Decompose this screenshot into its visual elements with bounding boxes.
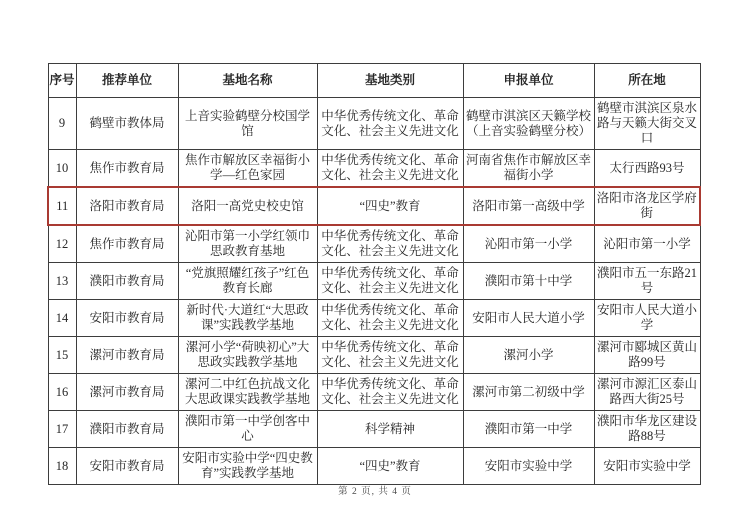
cell-location: 漯河市郾城区黄山路99号 (594, 337, 700, 374)
table-row: 9鹤壁市教体局上音实验鹤壁分校国学馆中华优秀传统文化、革命文化、社会主义先进文化… (48, 98, 700, 150)
col-header-location: 所在地 (594, 64, 700, 98)
cell-category: 中华优秀传统文化、革命文化、社会主义先进文化 (317, 300, 463, 337)
cell-base-name: 濮阳市第一中学创客中心 (178, 411, 317, 448)
cell-base-name: 漯河小学“荷映初心”大思政实践教学基地 (178, 337, 317, 374)
cell-category: “四史”教育 (317, 187, 463, 225)
cell-category: “四史”教育 (317, 448, 463, 485)
cell-category: 中华优秀传统文化、革命文化、社会主义先进文化 (317, 98, 463, 150)
cell-base-name: 安阳市实验中学“四史教育”实践教学基地 (178, 448, 317, 485)
cell-location: 濮阳市五一东路21号 (594, 263, 700, 300)
cell-applicant: 濮阳市第十中学 (463, 263, 594, 300)
cell-applicant: 漯河小学 (463, 337, 594, 374)
table-row: 18安阳市教育局安阳市实验中学“四史教育”实践教学基地“四史”教育安阳市实验中学… (48, 448, 700, 485)
table-row: 17濮阳市教育局濮阳市第一中学创客中心科学精神濮阳市第一中学濮阳市华龙区建设路8… (48, 411, 700, 448)
cell-recommender: 安阳市教育局 (76, 448, 178, 485)
cell-recommender: 安阳市教育局 (76, 300, 178, 337)
cell-serial: 16 (48, 374, 76, 411)
cell-location: 漯河市源汇区泰山路西大街25号 (594, 374, 700, 411)
cell-category: 中华优秀传统文化、革命文化、社会主义先进文化 (317, 337, 463, 374)
cell-recommender: 漯河市教育局 (76, 374, 178, 411)
cell-recommender: 漯河市教育局 (76, 337, 178, 374)
cell-recommender: 濮阳市教育局 (76, 411, 178, 448)
cell-serial: 14 (48, 300, 76, 337)
cell-category: 中华优秀传统文化、革命文化、社会主义先进文化 (317, 374, 463, 411)
cell-applicant: 河南省焦作市解放区幸福街小学 (463, 150, 594, 188)
cell-recommender: 鹤壁市教体局 (76, 98, 178, 150)
cell-base-name: 洛阳一高党史校史馆 (178, 187, 317, 225)
table-row: 15漯河市教育局漯河小学“荷映初心”大思政实践教学基地中华优秀传统文化、革命文化… (48, 337, 700, 374)
cell-location: 洛阳市洛龙区学府街 (594, 187, 700, 225)
cell-location: 安阳市人民大道小学 (594, 300, 700, 337)
cell-base-name: 漯河二中红色抗战文化大思政课实践教学基地 (178, 374, 317, 411)
cell-applicant: 沁阳市第一小学 (463, 225, 594, 263)
cell-base-name: 新时代·大道红“大思政课”实践教学基地 (178, 300, 317, 337)
col-header-recommender: 推荐单位 (76, 64, 178, 98)
cell-base-name: “党旗照耀红孩子”红色教育长廊 (178, 263, 317, 300)
cell-category: 中华优秀传统文化、革命文化、社会主义先进文化 (317, 263, 463, 300)
cell-base-name: 上音实验鹤壁分校国学馆 (178, 98, 317, 150)
cell-applicant: 鹤壁市淇滨区天籁学校（上音实验鹤壁分校） (463, 98, 594, 150)
cell-serial: 12 (48, 225, 76, 263)
cell-location: 沁阳市第一小学 (594, 225, 700, 263)
table-row: 16漯河市教育局漯河二中红色抗战文化大思政课实践教学基地中华优秀传统文化、革命文… (48, 374, 700, 411)
cell-serial: 10 (48, 150, 76, 188)
bases-table: 序号 推荐单位 基地名称 基地类别 申报单位 所在地 9鹤壁市教体局上音实验鹤壁… (47, 63, 701, 485)
cell-applicant: 洛阳市第一高级中学 (463, 187, 594, 225)
cell-category: 中华优秀传统文化、革命文化、社会主义先进文化 (317, 225, 463, 263)
cell-recommender: 焦作市教育局 (76, 225, 178, 263)
cell-location: 安阳市实验中学 (594, 448, 700, 485)
cell-recommender: 洛阳市教育局 (76, 187, 178, 225)
table-row: 13濮阳市教育局“党旗照耀红孩子”红色教育长廊中华优秀传统文化、革命文化、社会主… (48, 263, 700, 300)
cell-applicant: 安阳市实验中学 (463, 448, 594, 485)
col-header-base-name: 基地名称 (178, 64, 317, 98)
cell-location: 太行西路93号 (594, 150, 700, 188)
cell-serial: 9 (48, 98, 76, 150)
page-footer: 第 2 页, 共 4 页 (0, 483, 750, 497)
cell-location: 濮阳市华龙区建设路88号 (594, 411, 700, 448)
cell-location: 鹤壁市淇滨区泉水路与天籁大街交叉口 (594, 98, 700, 150)
col-header-applicant: 申报单位 (463, 64, 594, 98)
cell-serial: 18 (48, 448, 76, 485)
cell-recommender: 濮阳市教育局 (76, 263, 178, 300)
table-row: 11洛阳市教育局洛阳一高党史校史馆“四史”教育洛阳市第一高级中学洛阳市洛龙区学府… (48, 187, 700, 225)
table-row: 10焦作市教育局焦作市解放区幸福街小学—红色家园中华优秀传统文化、革命文化、社会… (48, 150, 700, 188)
cell-applicant: 濮阳市第一中学 (463, 411, 594, 448)
table-row: 12焦作市教育局沁阳市第一小学红领巾思政教育基地中华优秀传统文化、革命文化、社会… (48, 225, 700, 263)
cell-serial: 15 (48, 337, 76, 374)
header-row: 序号 推荐单位 基地名称 基地类别 申报单位 所在地 (48, 64, 700, 98)
cell-base-name: 沁阳市第一小学红领巾思政教育基地 (178, 225, 317, 263)
cell-serial: 17 (48, 411, 76, 448)
cell-base-name: 焦作市解放区幸福街小学—红色家园 (178, 150, 317, 188)
cell-applicant: 安阳市人民大道小学 (463, 300, 594, 337)
cell-applicant: 漯河市第二初级中学 (463, 374, 594, 411)
cell-category: 中华优秀传统文化、革命文化、社会主义先进文化 (317, 150, 463, 188)
table-row: 14安阳市教育局新时代·大道红“大思政课”实践教学基地中华优秀传统文化、革命文化… (48, 300, 700, 337)
cell-category: 科学精神 (317, 411, 463, 448)
col-header-serial: 序号 (48, 64, 76, 98)
col-header-category: 基地类别 (317, 64, 463, 98)
cell-recommender: 焦作市教育局 (76, 150, 178, 188)
cell-serial: 13 (48, 263, 76, 300)
document-page: 序号 推荐单位 基地名称 基地类别 申报单位 所在地 9鹤壁市教体局上音实验鹤壁… (0, 0, 750, 530)
cell-serial: 11 (48, 187, 76, 225)
